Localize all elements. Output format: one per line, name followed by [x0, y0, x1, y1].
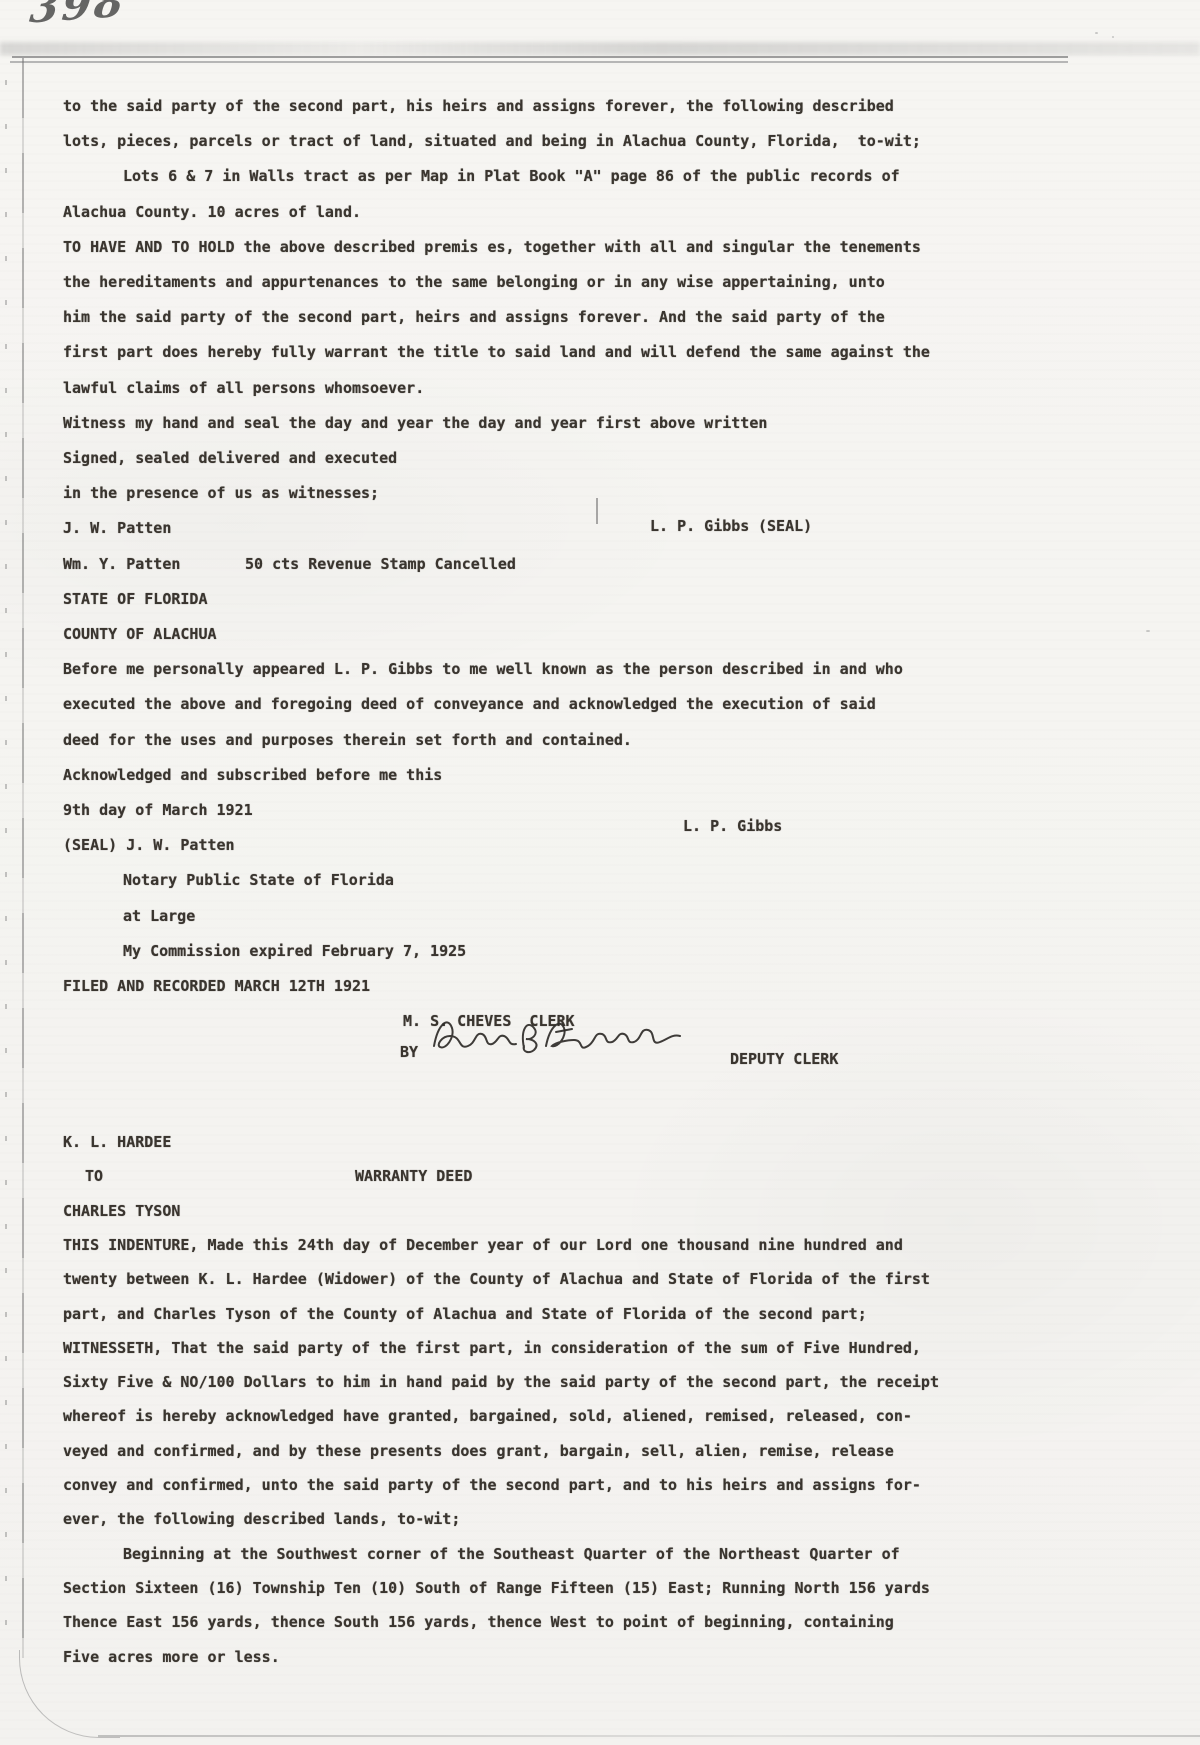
document-line: STATE OF FLORIDA: [63, 590, 208, 608]
document-line: to the said party of the second part, hi…: [63, 97, 894, 115]
document-line: (SEAL) J. W. Patten: [63, 836, 235, 854]
scanned-deed-page: 398 to the said party of the second part…: [0, 0, 1200, 1745]
scan-smudge: [0, 42, 1200, 55]
left-margin-line: [22, 58, 24, 1658]
document-line: deed for the uses and purposes therein s…: [63, 731, 632, 749]
document-line: TO: [85, 1167, 103, 1185]
document-line: Witness my hand and seal the day and yea…: [63, 414, 767, 432]
document-line: Before me personally appeared L. P. Gibb…: [63, 660, 903, 678]
document-line: 9th day of March 1921: [63, 801, 253, 819]
document-line: WARRANTY DEED: [355, 1167, 472, 1185]
document-line: J. W. Patten: [63, 519, 171, 537]
page-corner-curve: [19, 1650, 120, 1738]
document-line: CHARLES TYSON: [63, 1202, 180, 1220]
document-line: lawful claims of all persons whomsoever.: [63, 379, 424, 397]
page-bottom-edge: [98, 1735, 1200, 1737]
document-line: TO HAVE AND TO HOLD the above described …: [63, 238, 921, 256]
document-line: 50 cts Revenue Stamp Cancelled: [245, 555, 516, 573]
scan-speck: [1146, 630, 1150, 632]
document-line: ever, the following described lands, to-…: [63, 1510, 460, 1528]
document-line: convey and confirmed, unto the said part…: [63, 1476, 921, 1494]
document-line: Acknowledged and subscribed before me th…: [63, 766, 442, 784]
document-line: Section Sixteen (16) Township Ten (10) S…: [63, 1579, 930, 1597]
document-line: Wm. Y. Patten: [63, 555, 180, 573]
document-line: WITNESSETH, That the said party of the f…: [63, 1339, 921, 1357]
document-line: lots, pieces, parcels or tract of land, …: [63, 132, 921, 150]
document-line: FILED AND RECORDED MARCH 12TH 1921: [63, 977, 370, 995]
document-line: Signed, sealed delivered and executed: [63, 449, 397, 467]
document-line: him the said party of the second part, h…: [63, 308, 885, 326]
document-line: Sixty Five & NO/100 Dollars to him in ha…: [63, 1373, 939, 1391]
handwritten-signature: [428, 1006, 690, 1068]
document-line: executed the above and foregoing deed of…: [63, 695, 876, 713]
document-line: THIS INDENTURE, Made this 24th day of De…: [63, 1236, 903, 1254]
document-line: COUNTY OF ALACHUA: [63, 625, 217, 643]
document-line: L. P. Gibbs: [683, 817, 782, 835]
document-line: (SEAL): [758, 517, 812, 535]
page-edge-marks: [5, 80, 7, 1660]
document-line: Notary Public State of Florida: [123, 871, 394, 889]
document-line: Thence East 156 yards, thence South 156 …: [63, 1613, 894, 1631]
document-line: Lots 6 & 7 in Walls tract as per Map in …: [123, 167, 900, 185]
document-line: in the presence of us as witnesses;: [63, 484, 379, 502]
document-line: DEPUTY CLERK: [730, 1050, 838, 1068]
document-line: part, and Charles Tyson of the County of…: [63, 1305, 867, 1323]
document-line: BY: [400, 1043, 418, 1061]
document-line: veyed and confirmed, and by these presen…: [63, 1442, 894, 1460]
top-ruled-line-secondary: [10, 61, 1068, 63]
document-line: at Large: [123, 907, 195, 925]
document-line: first part does hereby fully warrant the…: [63, 343, 930, 361]
top-ruled-line: [12, 56, 1068, 58]
scan-speck: [1095, 32, 1098, 34]
scan-speck: [1112, 36, 1114, 38]
document-line: whereof is hereby acknowledged have gran…: [63, 1407, 912, 1425]
document-line: twenty between K. L. Hardee (Widower) of…: [63, 1270, 930, 1288]
document-line: Beginning at the Southwest corner of the…: [123, 1545, 900, 1563]
document-line: L. P. Gibbs: [650, 517, 749, 535]
scan-mark: [596, 498, 598, 524]
handwritten-page-number: 398: [28, 0, 130, 33]
document-line: the hereditaments and appurtenances to t…: [63, 273, 885, 291]
document-line: Alachua County. 10 acres of land.: [63, 203, 361, 221]
document-line: K. L. HARDEE: [63, 1133, 171, 1151]
document-line: My Commission expired February 7, 1925: [123, 942, 466, 960]
